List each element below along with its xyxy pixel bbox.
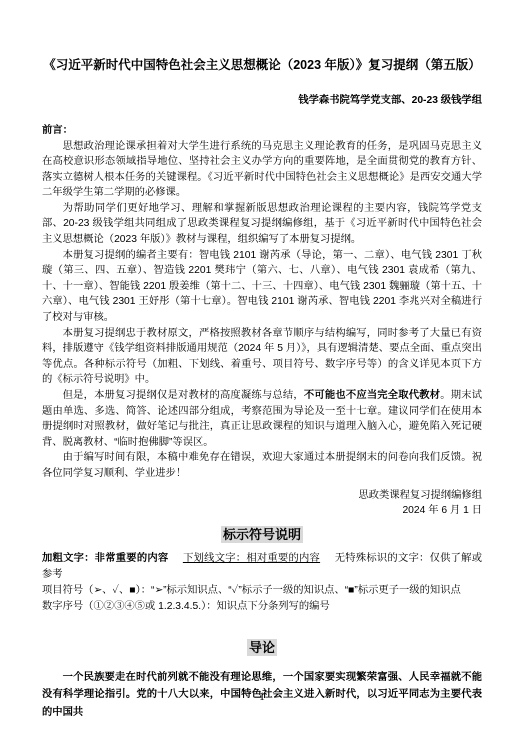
introduction-heading-text: 导论 (247, 639, 277, 656)
legend-section: 标示符号说明 加粗文字：非常重要的内容下划线文字：相对重要的内容无特殊标识的文字… (42, 526, 482, 615)
page-number: 1 (0, 691, 524, 703)
signature-line: 思政类课程复习提纲编修组 (42, 488, 482, 504)
document-byline: 钱学森书院笃学党支部、20-23 级钱学组 (42, 93, 482, 108)
introduction-heading: 导论 (42, 639, 482, 657)
bold-emphasis-text: 不可能也不应当完全取代教材 (304, 390, 440, 401)
signature-block: 思政类课程复习提纲编修组 2024 年 6 月 1 日 (42, 488, 482, 519)
document-title: 《习近平新时代中国特色社会主义思想概论（2023 年版）》复习提纲（第五版） (42, 57, 482, 74)
legend-line-text-styles: 加粗文字：非常重要的内容下划线文字：相对重要的内容无特殊标识的文字：仅供了解或参… (42, 551, 482, 583)
legend-line-bullets: 项目符号（➢、✓、■）：“➢”标示知识点、“✓”标示子一级的知识点、“■”标示更… (42, 583, 482, 599)
preface-paragraph-1: 思想政治理论课承担着对大学生进行系统的马克思主义理论教育的任务，是巩固马克思主义… (42, 139, 482, 201)
legend-body: 加粗文字：非常重要的内容下划线文字：相对重要的内容无特殊标识的文字：仅供了解或参… (42, 551, 482, 615)
legend-bold-item: 加粗文字：非常重要的内容 (42, 553, 168, 564)
preface-paragraph-3: 本册复习提纲的编者主要有：智电钱 2101 谢芮承（导论，第一、二章）、电气钱 … (42, 248, 482, 326)
document-page: 《习近平新时代中国特色社会主义思想概论（2023 年版）》复习提纲（第五版） 钱… (0, 0, 524, 740)
preface-heading: 前言： (42, 123, 482, 139)
introduction-section: 导论 一个民族要走在时代前列就不能没有理论思维，一个国家要实现繁荣富强、人民幸福… (42, 639, 482, 722)
paragraph-5-text-pre: 但是，本册复习提纲仅是对教材的高度凝练与总结， (63, 390, 304, 401)
legend-underline-item: 下划线文字：相对重要的内容 (183, 553, 320, 564)
legend-line-numbers: 数字序号（①②③④⑤或 1.2.3.4.5.）：知识点下分条列写的编号 (42, 599, 482, 615)
preface-paragraph-5: 但是，本册复习提纲仅是对教材的高度凝练与总结，不可能也不应当完全取代教材。期末试… (42, 388, 482, 450)
preface-paragraph-4: 本册复习提纲忠于教材原文，严格按照教材各章节顺序与结构编写，同时参考了大量已有资… (42, 326, 482, 388)
preface-paragraph-2: 为帮助同学们更好地学习、理解和掌握新版思想政治理论课程的主要内容，钱院笃学党支部… (42, 201, 482, 248)
legend-heading: 标示符号说明 (42, 526, 482, 544)
preface-paragraph-6: 由于编写时间有限，本稿中难免存在错误，欢迎大家通过本册提纲末的问卷向我们反馈。祝… (42, 450, 482, 481)
legend-heading-text: 标示符号说明 (221, 526, 303, 543)
date-line: 2024 年 6 月 1 日 (42, 503, 482, 519)
